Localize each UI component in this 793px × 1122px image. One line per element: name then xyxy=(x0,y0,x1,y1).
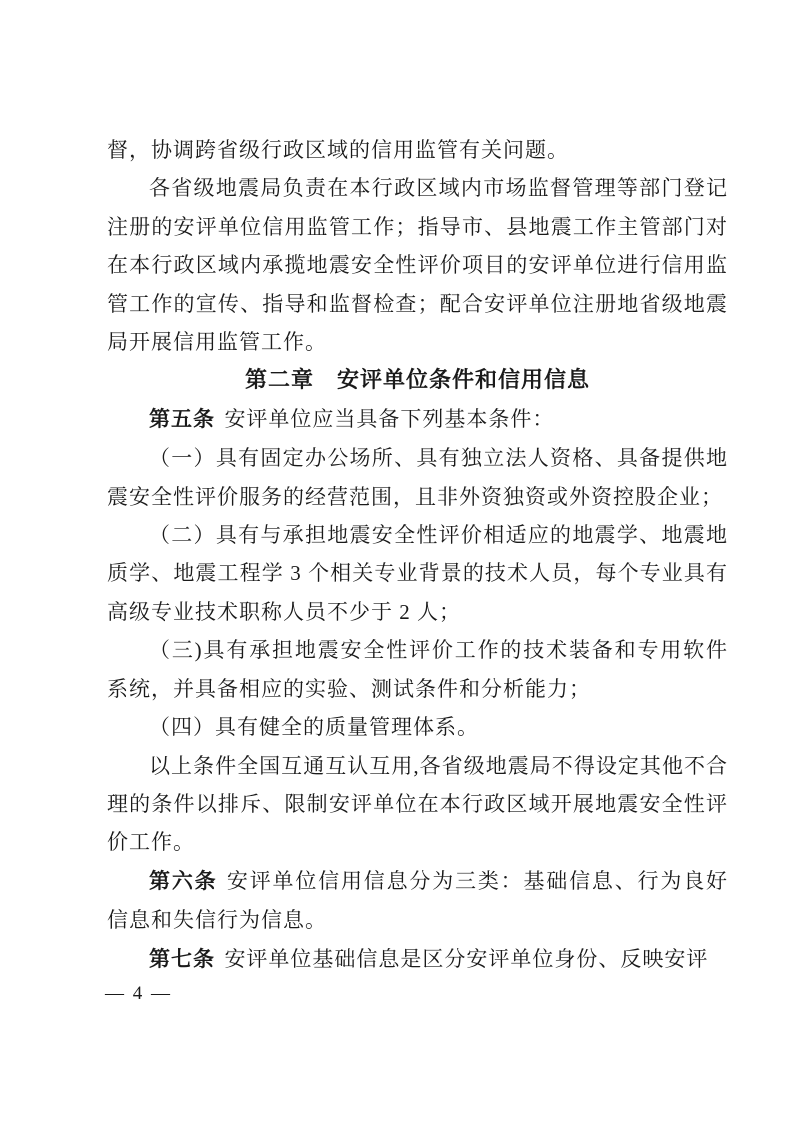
article-number: 第七条 xyxy=(149,948,215,971)
article-paragraph: 第七条安评单位基础信息是区分安评单位身份、反映安评 xyxy=(107,940,728,979)
list-item-paragraph: （二）具有与承担地震安全性评价相适应的地震学、地震地质学、地震工程学 3 个相关… xyxy=(107,516,728,631)
page-number: — 4 — xyxy=(105,983,172,1005)
paragraph: 各省级地震局负责在本行政区域内市场监督管理等部门登记注册的安评单位信用监管工作；… xyxy=(107,169,728,361)
document-page: 督，协调跨省级行政区域的信用监管有关问题。 各省级地震局负责在本行政区域内市场监… xyxy=(0,0,793,1122)
paragraph: 以上条件全国互通互认互用,各省级地震局不得设定其他不合理的条件以排斥、限制安评单… xyxy=(107,747,728,862)
list-item-paragraph: （三)具有承担地震安全性评价工作的技术装备和专用软件系统，并具备相应的实验、测试… xyxy=(107,631,728,708)
chapter-heading: 第二章 安评单位条件和信用信息 xyxy=(107,361,728,399)
article-paragraph: 第六条安评单位信用信息分为三类：基础信息、行为良好信息和失信行为信息。 xyxy=(107,862,728,940)
article-text: 安评单位基础信息是区分安评单位身份、反映安评 xyxy=(224,947,708,971)
article-text: 安评单位应当具备下列基本条件： xyxy=(224,407,554,431)
article-paragraph: 第五条安评单位应当具备下列基本条件： xyxy=(107,400,728,439)
document-content: 督，协调跨省级行政区域的信用监管有关问题。 各省级地震局负责在本行政区域内市场监… xyxy=(107,131,728,979)
article-number: 第五条 xyxy=(149,408,215,431)
article-number: 第六条 xyxy=(149,870,217,893)
list-item-paragraph: （四）具有健全的质量管理体系。 xyxy=(107,708,728,746)
paragraph-continuation: 督，协调跨省级行政区域的信用监管有关问题。 xyxy=(107,131,728,169)
list-item-paragraph: （一）具有固定办公场所、具有独立法人资格、具备提供地震安全性评价服务的经营范围，… xyxy=(107,439,728,516)
